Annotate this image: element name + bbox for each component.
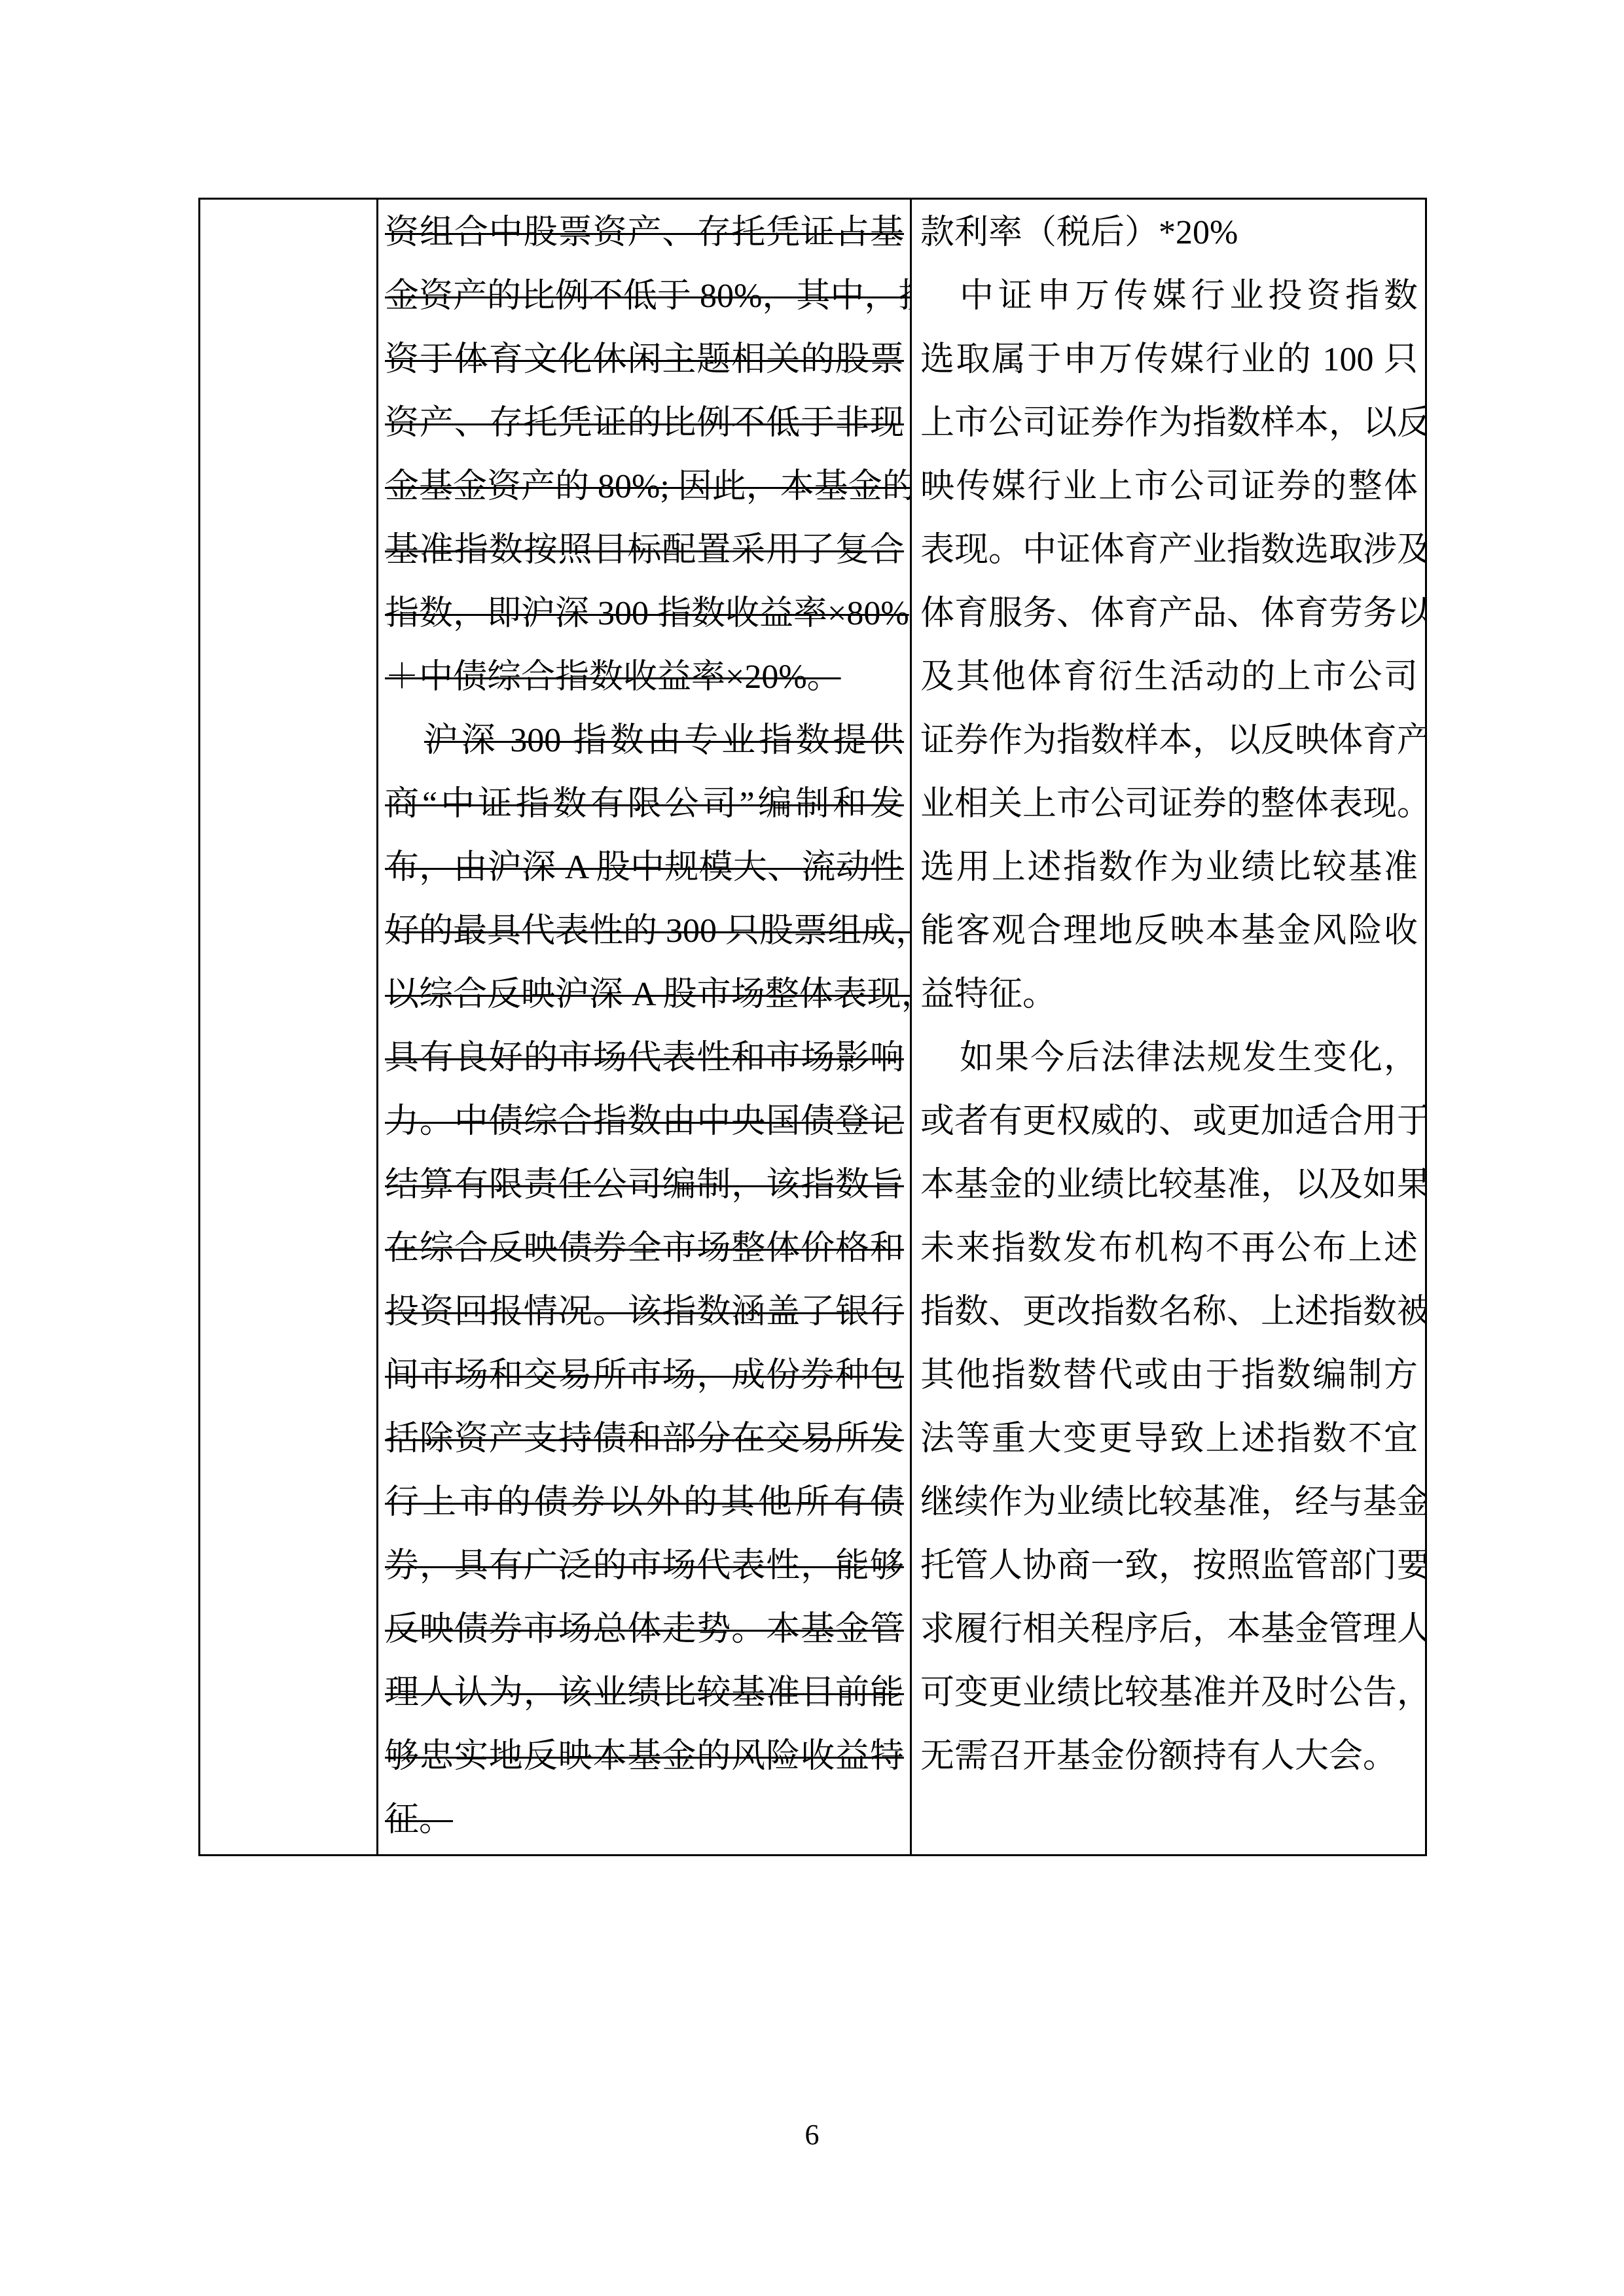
deleted-text-line: 理人认为，该业绩比较基准目前能: [385, 1661, 904, 1725]
old-text-cell: 资组合中股票资产、存托凭证占基金资产的比例不低于 80%，其中，投资于体育文化休…: [378, 200, 912, 1854]
deleted-text-line: 以综合反映沪深 A 股市场整体表现，: [385, 963, 904, 1026]
page-number: 6: [0, 2115, 1624, 2155]
deleted-text-line: 商“中证指数有限公司”编制和发: [385, 772, 904, 836]
deleted-text-line: 金基金资产的 80%; 因此，本基金的: [385, 455, 904, 518]
deleted-text-line: 券，具有广泛的市场代表性，能够: [385, 1534, 904, 1598]
document-page: 资组合中股票资产、存托凭证占基金资产的比例不低于 80%，其中，投资于体育文化休…: [0, 0, 1624, 2296]
text-line: 其他指数替代或由于指数编制方: [920, 1344, 1418, 1407]
deleted-text-line: 间市场和交易所市场，成份券种包: [385, 1344, 904, 1407]
text-line: 选取属于申万传媒行业的 100 只: [920, 328, 1418, 391]
deleted-text-line: 投资回报情况。该指数涵盖了银行: [385, 1280, 904, 1344]
text-line: 表现。中证体育产业指数选取涉及: [920, 518, 1418, 582]
deleted-text-line: 反映债券市场总体走势。本基金管: [385, 1598, 904, 1661]
text-line: 及其他体育衍生活动的上市公司: [920, 645, 1418, 709]
text-line: 可变更业绩比较基准并及时公告，: [920, 1661, 1418, 1725]
text-line: 指数、更改指数名称、上述指数被: [920, 1280, 1418, 1344]
text-line: 求履行相关程序后，本基金管理人: [920, 1598, 1418, 1661]
text-line: 或者有更权威的、或更加适合用于: [920, 1090, 1418, 1153]
deleted-text-line: 在综合反映债券全市场整体价格和: [385, 1217, 904, 1280]
deleted-text-line: 布，由沪深 A 股中规模大、流动性: [385, 836, 904, 899]
text-line: 款利率（税后）*20%: [920, 201, 1418, 264]
deleted-text-line: 括除资产支持债和部分在交易所发: [385, 1407, 904, 1471]
deleted-text-line: 金资产的比例不低于 80%，其中，投: [385, 264, 904, 328]
row-label-cell: [200, 200, 378, 1854]
new-text-cell: 款利率（税后）*20%中证申万传媒行业投资指数选取属于申万传媒行业的 100 只…: [912, 200, 1425, 1854]
text-line: 无需召开基金份额持有人大会。: [920, 1725, 1418, 1788]
deleted-text-line: 指数，即沪深 300 指数收益率×80%: [385, 582, 904, 645]
deleted-text-line: 行上市的债券以外的其他所有债: [385, 1471, 904, 1534]
text-line: 本基金的业绩比较基准，以及如果: [920, 1153, 1418, 1217]
text-line: 中证申万传媒行业投资指数: [920, 264, 1418, 328]
text-line: 映传媒行业上市公司证券的整体: [920, 455, 1418, 518]
deleted-text-line: 够忠实地反映本基金的风险收益特: [385, 1725, 904, 1788]
deleted-text-line: 好的最具代表性的 300 只股票组成，: [385, 899, 904, 963]
text-line: 能客观合理地反映本基金风险收: [920, 899, 1418, 963]
deleted-text-line: 具有良好的市场代表性和市场影响: [385, 1026, 904, 1090]
text-line: 业相关上市公司证券的整体表现。: [920, 772, 1418, 836]
deleted-text-line: 征。: [385, 1788, 904, 1852]
deleted-text-line: 资产、存托凭证的比例不低于非现: [385, 391, 904, 455]
text-line: 体育服务、体育产品、体育劳务以: [920, 582, 1418, 645]
text-line: 托管人协商一致，按照监管部门要: [920, 1534, 1418, 1598]
comparison-table: 资组合中股票资产、存托凭证占基金资产的比例不低于 80%，其中，投资于体育文化休…: [198, 198, 1427, 1856]
text-line: 继续作为业绩比较基准，经与基金: [920, 1471, 1418, 1534]
text-line: 证券作为指数样本，以反映体育产: [920, 709, 1418, 772]
deleted-text-line: 力。中债综合指数由中央国债登记: [385, 1090, 904, 1153]
text-line: 上市公司证券作为指数样本，以反: [920, 391, 1418, 455]
deleted-text-line: 资于体育文化休闲主题相关的股票: [385, 328, 904, 391]
deleted-text-line: 结算有限责任公司编制，该指数旨: [385, 1153, 904, 1217]
deleted-text-line: ＋中债综合指数收益率×20%。: [385, 645, 904, 709]
text-line: 选用上述指数作为业绩比较基准: [920, 836, 1418, 899]
text-line: 法等重大变更导致上述指数不宜: [920, 1407, 1418, 1471]
text-line: 如果今后法律法规发生变化，: [920, 1026, 1418, 1090]
deleted-text-line: 资组合中股票资产、存托凭证占基: [385, 201, 904, 264]
deleted-text-line: 基准指数按照目标配置采用了复合: [385, 518, 904, 582]
text-line: 益特征。: [920, 963, 1418, 1026]
text-line: 未来指数发布机构不再公布上述: [920, 1217, 1418, 1280]
deleted-text-line: 沪深 300 指数由专业指数提供: [385, 709, 904, 772]
